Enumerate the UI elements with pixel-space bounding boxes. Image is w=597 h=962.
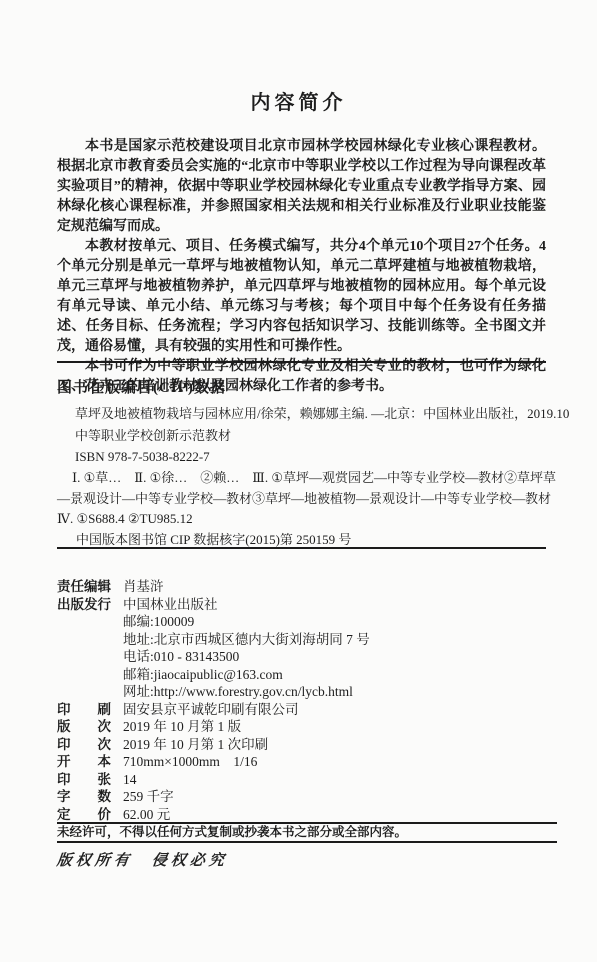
colophon-label [57, 683, 123, 701]
colophon-value: 62.00 元 [123, 806, 170, 824]
colophon-row: 印 张14 [57, 771, 546, 789]
page-title: 内容简介 [0, 86, 597, 115]
intro-paragraph: 本书是国家示范校建设项目北京市园林学校园林绿化专业核心课程教材。根据北京市教育委… [57, 137, 546, 237]
colophon-row: 开 本710mm×1000mm 1/16 [57, 753, 546, 771]
colophon-label [57, 648, 123, 666]
cip-classification: Ⅰ. ①草… Ⅱ. ①徐… ②赖… Ⅲ. ①草坪—观赏园艺—中等专业学校—教材②… [57, 468, 557, 530]
colophon-value: 邮编:100009 [123, 613, 194, 631]
colophon-row: 印 次2019 年 10 月第 1 次印刷 [57, 736, 546, 754]
divider-rule-notice-top [57, 822, 557, 824]
cip-registry-line: 中国版本图书馆 CIP 数据核字(2015)第 250159 号 [76, 529, 351, 548]
colophon-value: 邮箱:jiaocaipublic@163.com [123, 666, 283, 684]
cip-heading: 图书在版编目(CIP)数据 [57, 376, 226, 397]
colophon-label: 印 次 [57, 736, 123, 754]
cip-body: 草坪及地被植物栽培与园林应用/徐荣，赖娜娜主编. —北京：中国林业出版社，201… [75, 403, 547, 468]
colophon-row: 邮编:100009 [57, 613, 546, 631]
colophon-row: 字 数259 千字 [57, 788, 546, 806]
colophon-value: 259 千字 [123, 788, 174, 806]
cip-isbn-line: ISBN 978-7-5038-8222-7 [75, 446, 547, 468]
cip-class-line-1: Ⅰ. ①草… Ⅱ. ①徐… ②赖… Ⅲ. ①草坪—观赏园艺—中等专业学校—教材②… [57, 468, 557, 489]
colophon-value: 710mm×1000mm 1/16 [123, 753, 257, 771]
colophon-row: 出版发行中国林业出版社 [57, 596, 546, 614]
colophon-label: 责任编辑 [57, 578, 123, 596]
cip-series-line: 中等职业学校创新示范教材 [75, 425, 547, 447]
colophon-value: 14 [123, 771, 137, 789]
colophon-value: 2019 年 10 月第 1 版 [123, 718, 241, 736]
colophon-label: 字 数 [57, 788, 123, 806]
colophon-value: 地址:北京市西城区德内大街刘海胡同 7 号 [123, 631, 370, 649]
colophon-label: 版 次 [57, 718, 123, 736]
divider-rule-notice-bottom [57, 841, 557, 843]
colophon-label: 开 本 [57, 753, 123, 771]
colophon-value: 肖基浒 [123, 578, 164, 596]
intro-paragraph: 本教材按单元、项目、任务模式编写，共分4个单元10个项目27个任务。4个单元分别… [57, 237, 546, 357]
colophon-label: 印 刷 [57, 701, 123, 719]
divider-rule-middle [57, 547, 546, 549]
divider-rule-top [57, 361, 546, 363]
colophon-value: 2019 年 10 月第 1 次印刷 [123, 736, 268, 754]
cip-class-line-3: Ⅳ. ①S688.4 ②TU985.12 [57, 509, 557, 530]
cip-class-line-2: —景观设计—中等专业学校—教材③草坪—地被植物—景观设计—中等专业学校—教材 [57, 489, 557, 510]
colophon-row: 地址:北京市西城区德内大街刘海胡同 7 号 [57, 631, 546, 649]
colophon-value: 中国林业出版社 [123, 596, 218, 614]
colophon-row: 定 价62.00 元 [57, 806, 546, 824]
colophon-label [57, 666, 123, 684]
colophon-value: 固安县京平诚乾印刷有限公司 [123, 701, 299, 719]
colophon-row: 网址:http://www.forestry.gov.cn/lycb.html [57, 683, 546, 701]
colophon: 责任编辑肖基浒 出版发行中国林业出版社 邮编:100009 地址:北京市西城区德… [57, 578, 546, 823]
colophon-value: 网址:http://www.forestry.gov.cn/lycb.html [123, 683, 353, 701]
colophon-row: 电话:010 - 83143500 [57, 648, 546, 666]
colophon-label: 出版发行 [57, 596, 123, 614]
colophon-label [57, 613, 123, 631]
colophon-row: 印 刷固安县京平诚乾印刷有限公司 [57, 701, 546, 719]
intro-section: 本书是国家示范校建设项目北京市园林学校园林绿化专业核心课程教材。根据北京市教育委… [57, 137, 546, 397]
colophon-row: 责任编辑肖基浒 [57, 578, 546, 596]
colophon-label: 定 价 [57, 806, 123, 824]
colophon-label [57, 631, 123, 649]
copyright-slogan: 版权所有 侵权必究 [56, 849, 229, 870]
colophon-label: 印 张 [57, 771, 123, 789]
colophon-value: 电话:010 - 83143500 [123, 648, 239, 666]
piracy-notice: 未经许可，不得以任何方式复制或抄袭本书之部分或全部内容。 [57, 825, 557, 840]
cip-title-line: 草坪及地被植物栽培与园林应用/徐荣，赖娜娜主编. —北京：中国林业出版社，201… [75, 403, 547, 425]
colophon-row: 邮箱:jiaocaipublic@163.com [57, 666, 546, 684]
colophon-row: 版 次2019 年 10 月第 1 版 [57, 718, 546, 736]
